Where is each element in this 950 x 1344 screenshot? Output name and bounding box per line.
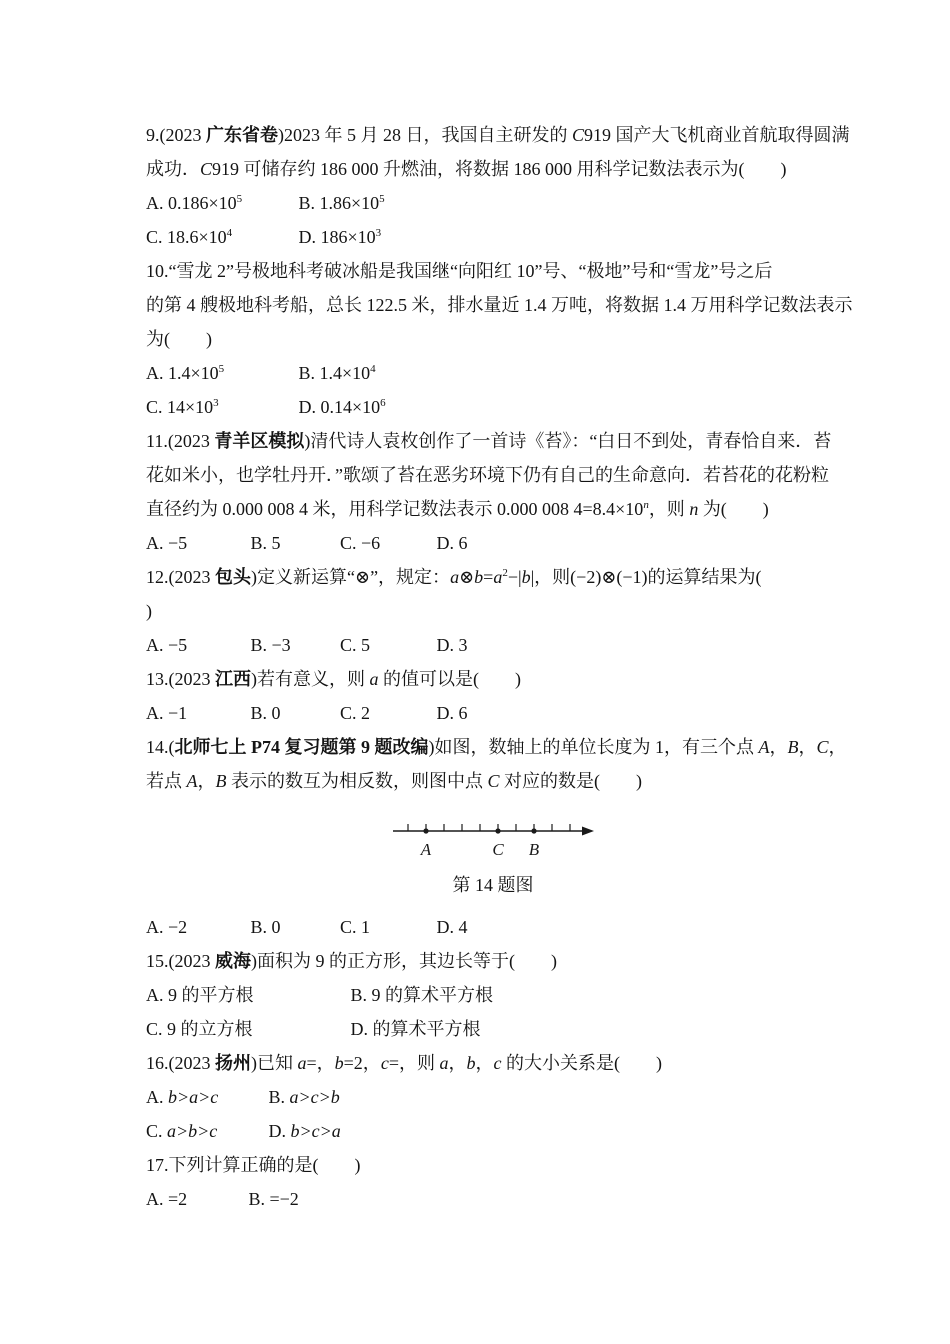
q16-line1: 16.(2023 扬州)已知 a=，b=2，c=，则 a，b，c 的大小关系是(… [146, 1046, 840, 1080]
question-17: 17.下列计算正确的是( ) A. =2 B. =−2 [146, 1148, 840, 1216]
source-tag: 广东省卷 [206, 125, 278, 145]
variable: a [298, 1053, 307, 1073]
q16-options-row2: C. a>b>c D. b>c>a [146, 1114, 840, 1148]
option-b: B. a>c>b [269, 1080, 340, 1114]
point-A-label: A [420, 840, 432, 859]
text-run: 16.(2023 [146, 1053, 215, 1073]
text-run: B. 1.4×10 [299, 363, 371, 383]
source-tag: 威海 [215, 951, 251, 971]
question-10: 10.“雪龙 2”号极地科考破冰船是我国继“向阳红 10”号、“极地”号和“雪龙… [146, 254, 840, 424]
text-run: C. 18.6×10 [146, 227, 227, 247]
option-c: C. −6 [340, 526, 432, 560]
q13-line1: 13.(2023 江西)若有意义，则 a 的值可以是( ) [146, 662, 840, 696]
option-b: B. 1.4×104 [299, 356, 376, 390]
text-run: |，则(−2)⊗(−1)的运算结果为( [531, 567, 762, 587]
text-run: 12.(2023 [146, 567, 215, 587]
option-a: A. −2 [146, 910, 246, 944]
option-c: C. 1 [340, 910, 432, 944]
text-run: 对应的数是( ) [500, 771, 643, 791]
number-line-figure: A C B [392, 816, 594, 860]
q9-line1: 9.(2023 广东省卷)2023 年 5 月 28 日，我国自主研发的 C91… [146, 118, 840, 152]
exponent: 3 [213, 397, 219, 409]
point-B-dot [531, 828, 536, 833]
option-b: B. =−2 [249, 1182, 299, 1216]
point-C-label: C [492, 840, 504, 859]
variable: n [689, 499, 698, 519]
q9-options-row2: C. 18.6×104 D. 186×103 [146, 220, 840, 254]
variable: b [522, 567, 531, 587]
text-run: 的大小关系是( ) [501, 1053, 662, 1073]
text-run: 919 可储存约 186 000 升燃油，将数据 186 000 用科学记数法表… [212, 159, 787, 179]
option-c: C. 5 [340, 628, 432, 662]
point-C-dot [495, 828, 500, 833]
text-run: )清代诗人袁枚创作了一首诗《苔》：“白日不到处，青春恰自来．苔 [304, 431, 831, 451]
variable: c [381, 1053, 389, 1073]
text-run: 成功． [146, 159, 200, 179]
option-a: A. 1.4×105 [146, 356, 294, 390]
text-run: −| [508, 567, 522, 587]
q15-options-row2: C. 9 的立方根 D. 的算术平方根 [146, 1012, 840, 1046]
q11-line2: 花如米小，也学牡丹开．”歌颂了苔在恶劣环境下仍有自己的生命意向．若苔花的花粉粒 [146, 458, 840, 492]
option-c: C. 9 的立方根 [146, 1012, 346, 1046]
text-run: )若有意义，则 [251, 669, 370, 689]
text-run: C. [146, 1121, 167, 1141]
exponent: 3 [376, 227, 382, 239]
text-run: D. [269, 1121, 291, 1141]
option-d: D. 4 [437, 910, 468, 944]
text-run: ，则 [649, 499, 690, 519]
q17-options-row: A. =2 B. =−2 [146, 1182, 840, 1216]
variable: a [370, 669, 379, 689]
text-run: A. [146, 1087, 168, 1107]
text-run: 14.( [146, 737, 175, 757]
point-label: A [759, 737, 770, 757]
option-c: C. 2 [340, 696, 432, 730]
q10-line3: 为( ) [146, 322, 840, 356]
q12-line2: ) [146, 594, 840, 628]
q12-options-row: A. −5 B. −3 C. 5 D. 3 [146, 628, 840, 662]
exponent: 4 [370, 363, 376, 375]
exponent: 6 [380, 397, 386, 409]
point-B-label: B [529, 840, 540, 859]
point-label: C [817, 737, 829, 757]
text-run: )如图，数轴上的单位长度为 1，有三个点 [429, 737, 759, 757]
variable: C [200, 159, 212, 179]
text-run: A. 0.186×10 [146, 193, 237, 213]
text-run: =，则 [389, 1053, 440, 1073]
option-b: B. 9 的算术平方根 [351, 978, 494, 1012]
q15-options-row1: A. 9 的平方根 B. 9 的算术平方根 [146, 978, 840, 1012]
option-a: A. =2 [146, 1182, 244, 1216]
text-run: A. 1.4×10 [146, 363, 219, 383]
q9-options-row1: A. 0.186×105 B. 1.86×105 [146, 186, 840, 220]
text-run: 9.(2023 [146, 125, 206, 145]
inequality: a>b>c [167, 1121, 217, 1141]
operator: = [483, 567, 493, 587]
q14-figure-row: A C B [146, 798, 840, 860]
q14-line1: 14.(北师七上 P74 复习题第 9 题改编)如图，数轴上的单位长度为 1，有… [146, 730, 840, 764]
exponent: 5 [379, 193, 385, 205]
text-run: 919 国产大飞机商业首航取得圆满 [584, 125, 850, 145]
text-run: ， [475, 1053, 493, 1073]
variable: C [572, 125, 584, 145]
q14-line2: 若点 A，B 表示的数互为相反数，则图中点 C 对应的数是( ) [146, 764, 840, 798]
option-b: B. 0 [251, 696, 336, 730]
question-11: 11.(2023 青羊区模拟)清代诗人袁枚创作了一首诗《苔》：“白日不到处，青春… [146, 424, 840, 560]
point-A-dot [423, 828, 428, 833]
text-run: C. 14×10 [146, 397, 213, 417]
q16-options-row1: A. b>a>c B. a>c>b [146, 1080, 840, 1114]
option-d: D. 6 [437, 526, 468, 560]
text-run: 表示的数互为相反数，则图中点 [227, 771, 488, 791]
q14-options-row: A. −2 B. 0 C. 1 D. 4 [146, 910, 840, 944]
q9-line2: 成功．C919 可储存约 186 000 升燃油，将数据 186 000 用科学… [146, 152, 840, 186]
text-run: 为( ) [698, 499, 769, 519]
option-d: D. 6 [437, 696, 468, 730]
text-run: 11.(2023 [146, 431, 214, 451]
source-tag: 扬州 [215, 1053, 251, 1073]
text-run: B. 1.86×10 [299, 193, 380, 213]
source-tag: 江西 [215, 669, 251, 689]
text-run: D. 0.14×10 [299, 397, 381, 417]
source-tag: 北师七上 P74 复习题第 9 题改编 [175, 737, 429, 757]
option-a: A. −5 [146, 526, 246, 560]
text-run: )2023 年 5 月 28 日，我国自主研发的 [278, 125, 572, 145]
option-a: A. −1 [146, 696, 246, 730]
text-run: ， [448, 1053, 466, 1073]
exponent: 4 [227, 227, 233, 239]
q14-figure-caption: 第 14 题图 [146, 860, 840, 910]
text-run: ， [799, 737, 817, 757]
text-run: 直径约为 0.000 008 4 米，用科学记数法表示 0.000 008 4=… [146, 499, 643, 519]
q17-line1: 17.下列计算正确的是( ) [146, 1148, 840, 1182]
arrow-head [582, 827, 594, 836]
text-run: 若点 [146, 771, 187, 791]
option-d: D. 3 [437, 628, 468, 662]
variable: b [335, 1053, 344, 1073]
text-run: ， [770, 737, 788, 757]
text-run: 15.(2023 [146, 951, 215, 971]
option-a: A. 0.186×105 [146, 186, 294, 220]
point-label: C [488, 771, 500, 791]
text-run: B. [269, 1087, 290, 1107]
question-14: 14.(北师七上 P74 复习题第 9 题改编)如图，数轴上的单位长度为 1，有… [146, 730, 840, 944]
exponent: 5 [219, 363, 225, 375]
q10-line2: 的第 4 艘极地科考船，总长 122.5 米，排水量近 1.4 万吨，将数据 1… [146, 288, 840, 322]
text-run: )面积为 9 的正方形，其边长等于( ) [251, 951, 557, 971]
option-b: B. −3 [251, 628, 336, 662]
option-d: D. b>c>a [269, 1114, 341, 1148]
option-a: A. 9 的平方根 [146, 978, 346, 1012]
text-run: =2， [344, 1053, 381, 1073]
q10-options-row1: A. 1.4×105 B. 1.4×104 [146, 356, 840, 390]
point-label: A [187, 771, 198, 791]
inequality: b>a>c [168, 1087, 218, 1107]
q11-line3: 直径约为 0.000 008 4 米，用科学记数法表示 0.000 008 4=… [146, 492, 840, 526]
text-run: )已知 [251, 1053, 298, 1073]
option-d: D. 的算术平方根 [351, 1012, 481, 1046]
operator: ⊗ [459, 567, 474, 587]
option-b: B. 1.86×105 [299, 186, 385, 220]
inequality: b>c>a [291, 1121, 341, 1141]
option-a: A. −5 [146, 628, 246, 662]
point-label: B [788, 737, 799, 757]
option-b: B. 5 [251, 526, 336, 560]
text-run: 的值可以是( ) [379, 669, 522, 689]
text-run: =， [307, 1053, 335, 1073]
q13-options-row: A. −1 B. 0 C. 2 D. 6 [146, 696, 840, 730]
text-run: ， [829, 737, 847, 757]
text-run: ， [198, 771, 216, 791]
source-tag: 青羊区模拟 [214, 431, 304, 451]
text-run: 13.(2023 [146, 669, 215, 689]
variable: a [493, 567, 502, 587]
question-13: 13.(2023 江西)若有意义，则 a 的值可以是( ) A. −1 B. 0… [146, 662, 840, 730]
option-d: D. 186×103 [299, 220, 382, 254]
option-d: D. 0.14×106 [299, 390, 386, 424]
question-16: 16.(2023 扬州)已知 a=，b=2，c=，则 a，b，c 的大小关系是(… [146, 1046, 840, 1148]
variable: b [474, 567, 483, 587]
question-12: 12.(2023 包头)定义新运算“⊗”，规定：a⊗b=a2−|b|，则(−2)… [146, 560, 840, 662]
question-9: 9.(2023 广东省卷)2023 年 5 月 28 日，我国自主研发的 C91… [146, 118, 840, 254]
point-label: B [216, 771, 227, 791]
q11-line1: 11.(2023 青羊区模拟)清代诗人袁枚创作了一首诗《苔》：“白日不到处，青春… [146, 424, 840, 458]
q11-options-row: A. −5 B. 5 C. −6 D. 6 [146, 526, 840, 560]
option-b: B. 0 [251, 910, 336, 944]
option-c: C. a>b>c [146, 1114, 264, 1148]
variable: a [450, 567, 459, 587]
q10-options-row2: C. 14×103 D. 0.14×106 [146, 390, 840, 424]
exponent: 5 [237, 193, 243, 205]
exam-page: 9.(2023 广东省卷)2023 年 5 月 28 日，我国自主研发的 C91… [0, 0, 950, 1344]
question-15: 15.(2023 威海)面积为 9 的正方形，其边长等于( ) A. 9 的平方… [146, 944, 840, 1046]
q15-line1: 15.(2023 威海)面积为 9 的正方形，其边长等于( ) [146, 944, 840, 978]
source-tag: 包头 [215, 567, 251, 587]
q10-line1: 10.“雪龙 2”号极地科考破冰船是我国继“向阳红 10”号、“极地”号和“雪龙… [146, 254, 840, 288]
inequality: a>c>b [290, 1087, 340, 1107]
option-a: A. b>a>c [146, 1080, 264, 1114]
text-run: D. 186×10 [299, 227, 376, 247]
q12-line1: 12.(2023 包头)定义新运算“⊗”，规定：a⊗b=a2−|b|，则(−2)… [146, 560, 840, 594]
option-c: C. 14×103 [146, 390, 294, 424]
text-run: )定义新运算“⊗”，规定： [251, 567, 450, 587]
option-c: C. 18.6×104 [146, 220, 294, 254]
